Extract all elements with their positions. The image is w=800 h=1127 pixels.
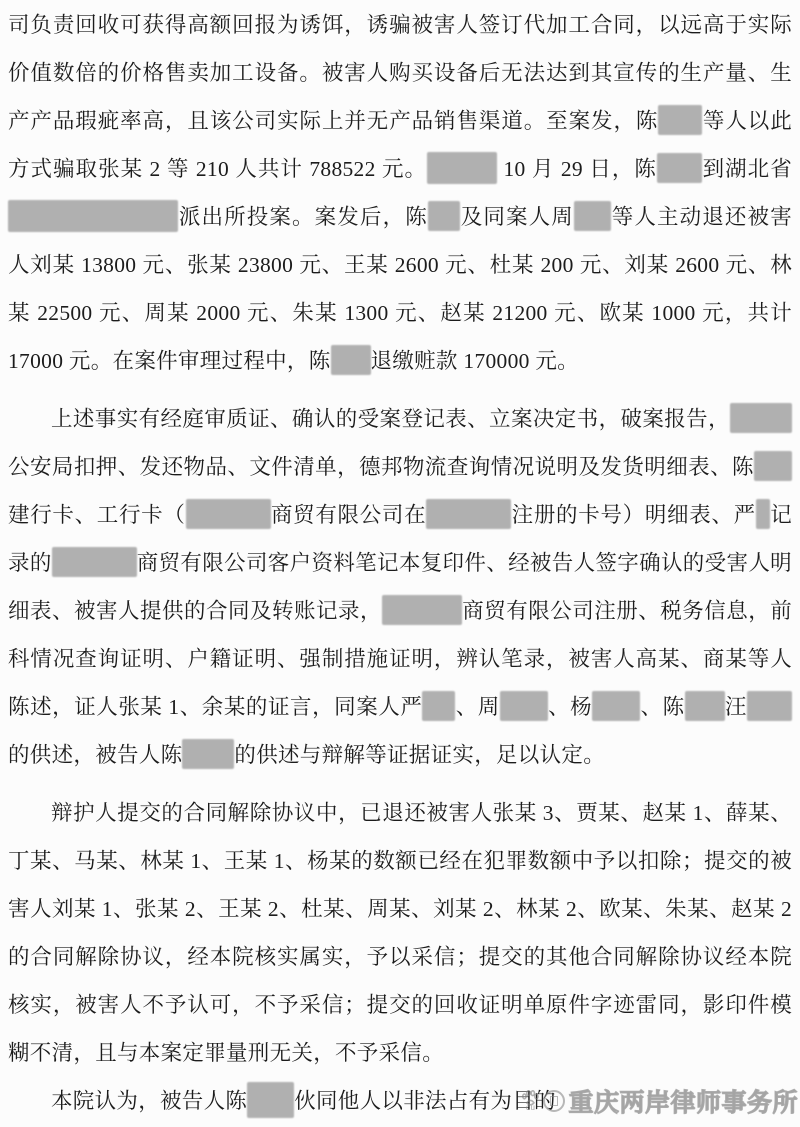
document-body: 司负责回收可获得高额回报为诱饵，诱骗被害人签订代加工合同，以远高于实际价值数倍的… <box>0 0 800 1125</box>
redaction-block <box>182 739 234 769</box>
redaction-block <box>382 595 462 625</box>
text-run: 商贸有限公司在 <box>271 503 427 527</box>
redaction-block <box>52 547 137 577</box>
text-run: 建行卡、工行卡（ <box>8 503 186 527</box>
text-run: 退缴赃款 170000 元。 <box>371 349 579 373</box>
redaction-block <box>574 201 611 231</box>
redaction-block <box>426 499 511 529</box>
text-run: 本院认为，被告人陈 <box>51 1089 247 1113</box>
redaction-block <box>427 152 497 184</box>
redaction-block <box>422 691 455 721</box>
redaction-block <box>428 201 460 231</box>
redaction-block <box>658 105 702 135</box>
text-run: 、陈 <box>640 695 684 719</box>
paragraph: 上述事实有经庭审质证、确认的受案登记表、立案决定书，破案报告，公安局扣押、发还物… <box>8 395 792 779</box>
text-run: 汪 <box>725 695 747 719</box>
redaction-block <box>247 1082 294 1118</box>
redaction-block <box>685 691 725 721</box>
text-run: 注册的卡号）明细表、严 <box>511 503 756 527</box>
redaction-block <box>8 200 178 232</box>
text-run: 10 月 29 日，陈 <box>497 157 657 181</box>
redaction-block <box>186 499 271 529</box>
text-run: 公安局扣押、发还物品、文件清单，德邦物流查询情况说明及发货明细表、陈 <box>8 455 754 479</box>
text-run: 辩护人提交的合同解除协议中，已退还被害人张某 3、贾某、赵某 1、薛某、丁某、马… <box>8 801 792 1065</box>
text-run: 的供述与辩解等证据证实，足以认定。 <box>234 743 605 767</box>
redaction-block <box>754 451 792 481</box>
redaction-block <box>747 691 792 721</box>
redaction-block <box>592 691 640 721</box>
text-run: 、周 <box>455 695 499 719</box>
text-run: 的供述，被告人陈 <box>8 743 182 767</box>
paragraph: 司负责回收可获得高额回报为诱饵，诱骗被害人签订代加工合同，以远高于实际价值数倍的… <box>8 1 792 385</box>
redaction-block <box>500 691 548 721</box>
text-run: 伙同他人以非法占有为目的 <box>294 1089 556 1113</box>
text-run: 上述事实有经庭审质证、确认的受案登记表、立案决定书，破案报告， <box>51 407 730 431</box>
text-run: 及同案人周 <box>460 205 574 229</box>
redaction-block <box>756 499 770 529</box>
redaction-block <box>331 345 371 375</box>
document-page: 司负责回收可获得高额回报为诱饵，诱骗被害人签订代加工合同，以远高于实际价值数倍的… <box>0 0 800 1125</box>
paragraph: 辩护人提交的合同解除协议中，已退还被害人张某 3、贾某、赵某 1、薛某、丁某、马… <box>8 789 792 1077</box>
paragraph: 本院认为，被告人陈伙同他人以非法占有为目的 <box>8 1077 792 1125</box>
redaction-block <box>730 403 792 433</box>
redaction-block <box>657 153 702 183</box>
text-run: 到湖北省 <box>702 157 792 181</box>
text-run: 、杨 <box>548 695 592 719</box>
text-run: 派出所投案。案发后，陈 <box>178 205 428 229</box>
